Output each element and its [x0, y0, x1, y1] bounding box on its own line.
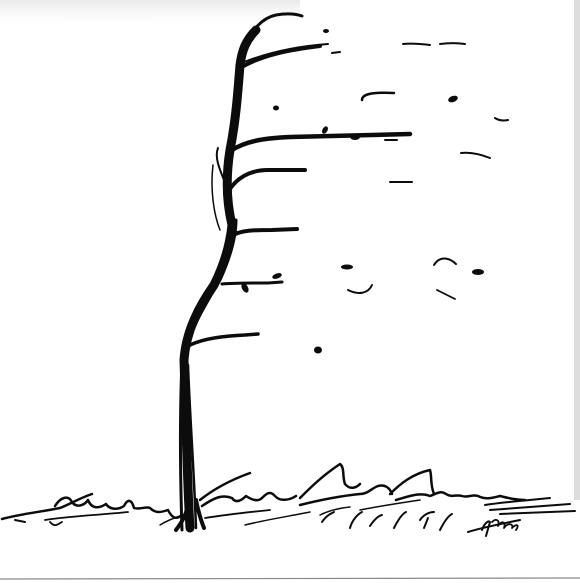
scan-edge-right [574, 0, 580, 500]
tree-drawing [0, 0, 580, 583]
